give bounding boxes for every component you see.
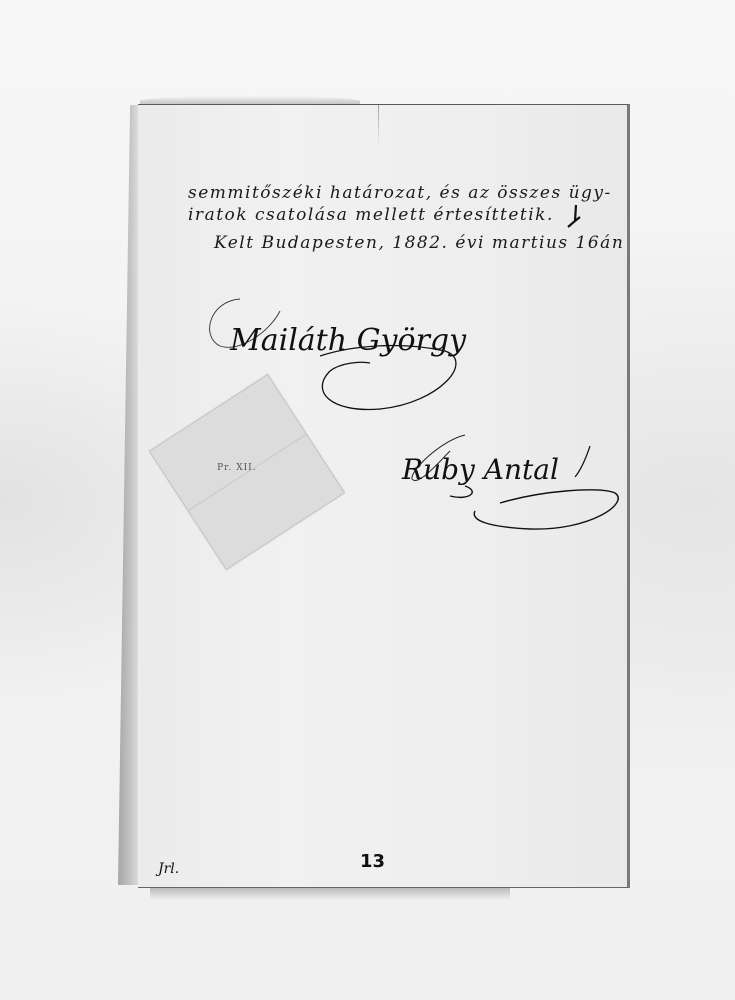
fold-crease xyxy=(378,105,379,145)
signature-flourish-icon xyxy=(390,431,640,541)
date-line: Kelt Budapesten, 1882. évi martius 16án xyxy=(214,233,624,253)
document-page: semmitőszéki határozat, és az összes ügy… xyxy=(138,104,630,888)
page-number: 13 xyxy=(360,851,385,872)
seal-mark: Pr. XII. xyxy=(217,463,256,473)
paper-bottom-shadow xyxy=(150,886,510,900)
text-line-1: semmitőszéki határozat, és az összes ügy… xyxy=(188,183,612,203)
signature-name: Mailáth György xyxy=(230,323,466,358)
signature-ruby: Ruby Antal xyxy=(390,431,640,541)
signature-name: Ruby Antal xyxy=(402,453,559,486)
closing-bracket-icon xyxy=(566,203,582,229)
clerk-initials: Jrl. xyxy=(158,861,179,877)
text-line-2: iratok csatolása mellett értesíttetik. xyxy=(188,205,554,225)
